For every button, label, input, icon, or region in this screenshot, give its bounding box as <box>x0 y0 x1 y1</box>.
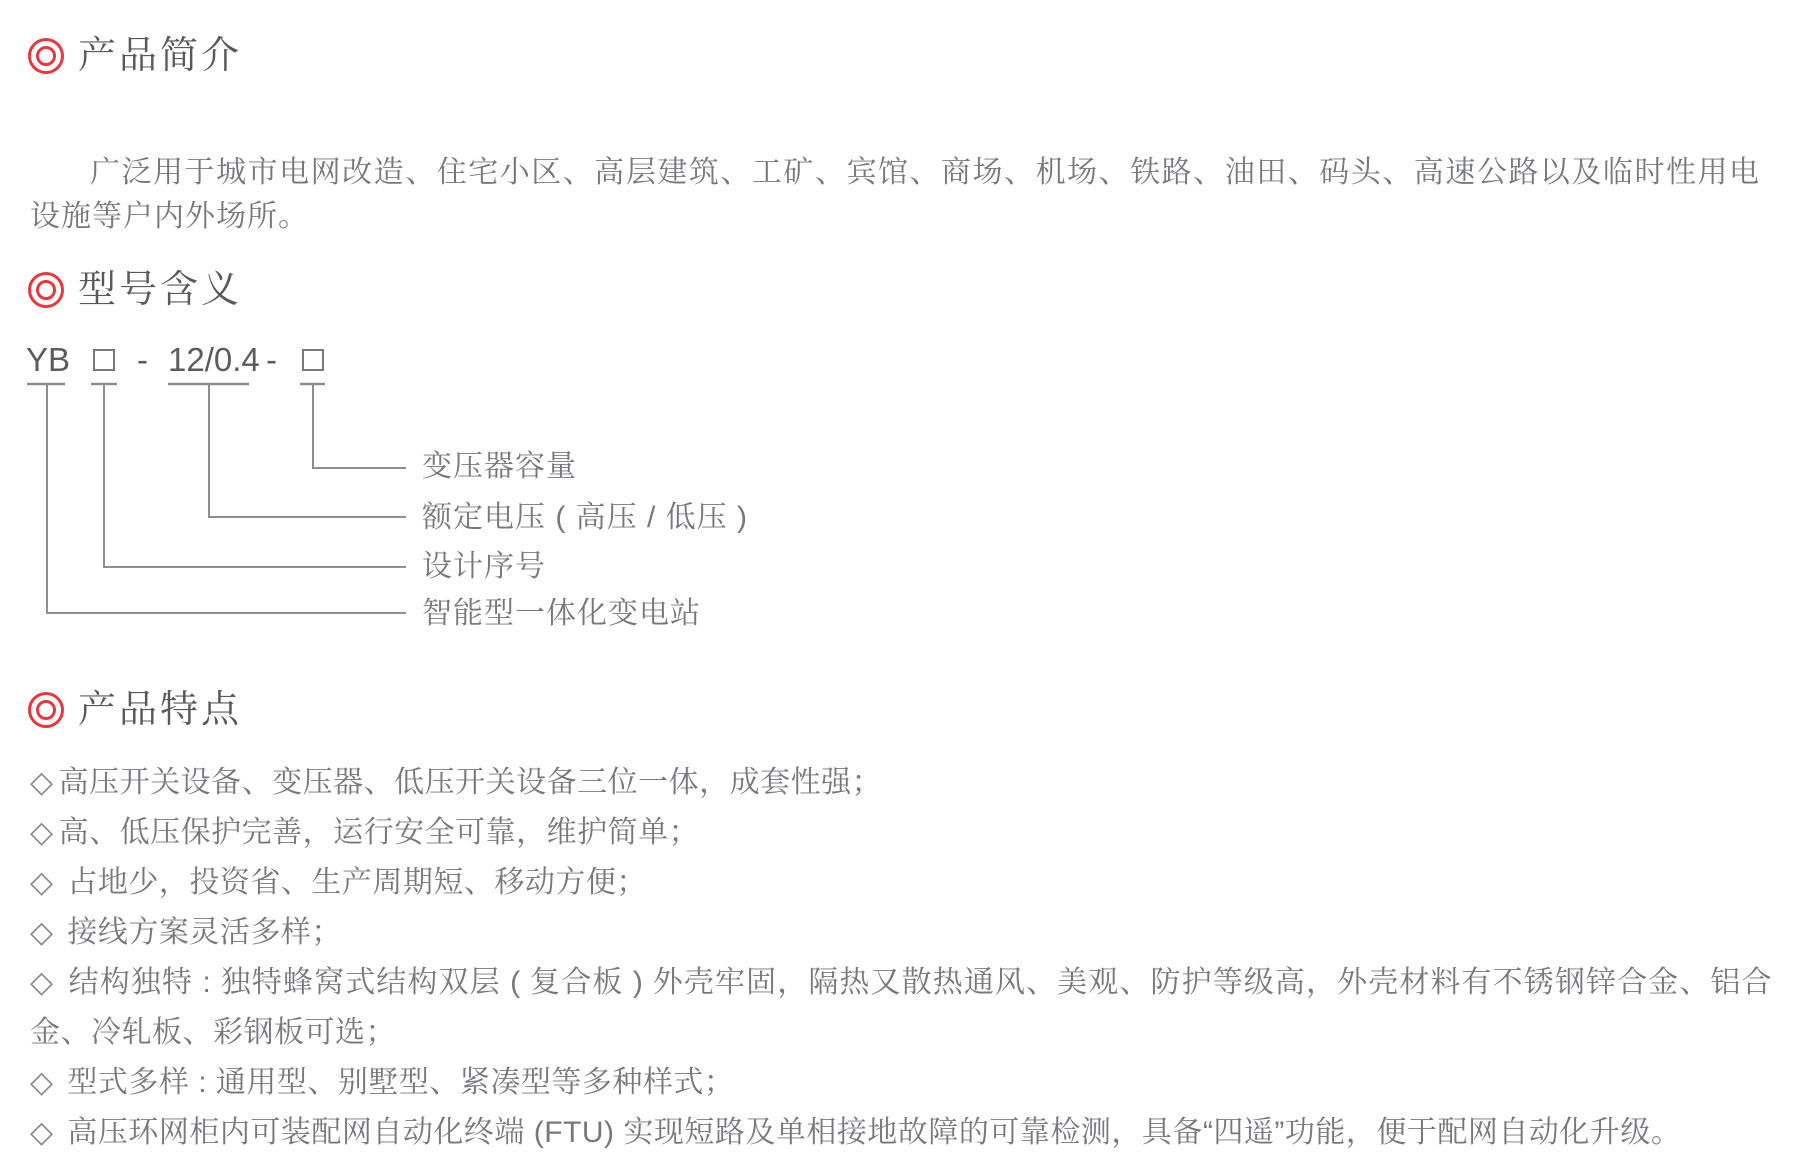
diamond-bullet-icon: ◇ <box>30 966 54 999</box>
feature-text: 高、低压保护完善，运行安全可靠，维护简单； <box>59 816 700 849</box>
diamond-bullet-icon: ◇ <box>30 766 54 799</box>
feature-item: ◇ 结构独特 : 独特蜂窝式结构双层 ( 复合板 ) 外壳牢固，隔热又散热通风、… <box>30 958 1772 1058</box>
diamond-bullet-icon: ◇ <box>30 916 54 949</box>
feature-item: ◇ 占地少，投资省、生产周期短、移动方便； <box>30 858 1772 908</box>
feature-text: 占地少，投资省、生产周期短、移动方便； <box>59 866 647 899</box>
feature-item: ◇ 型式多样 : 通用型、别墅型、紧凑型等多种样式； <box>30 1058 1772 1108</box>
feature-text: 结构独特 : 独特蜂窝式结构双层 ( 复合板 ) 外壳牢固，隔热又散热通风、美观… <box>30 966 1772 1049</box>
double-circle-icon <box>28 692 64 728</box>
diamond-bullet-icon: ◇ <box>30 1116 54 1149</box>
diamond-bullet-icon: ◇ <box>30 816 54 849</box>
diamond-bullet-icon: ◇ <box>30 866 54 899</box>
model-label-station: 智能型一体化变电站 <box>422 599 701 629</box>
model-label-design-no: 设计序号 <box>422 552 546 582</box>
features-list: ◇高压开关设备、变压器、低压开关设备三位一体，成套性强； ◇高、低压保护完善，运… <box>30 758 1772 1158</box>
feature-text: 型式多样 : 通用型、别墅型、紧凑型等多种样式； <box>59 1066 735 1099</box>
feature-item: ◇高、低压保护完善，运行安全可靠，维护简单； <box>30 808 1772 858</box>
features-section-title: 产品特点 <box>78 690 242 730</box>
feature-item: ◇ 接线方案灵活多样； <box>30 908 1772 958</box>
feature-item: ◇高压开关设备、变压器、低压开关设备三位一体，成套性强； <box>30 758 1772 808</box>
diamond-bullet-icon: ◇ <box>30 1066 54 1099</box>
model-diagram-lines <box>0 0 760 660</box>
features-section-heading: 产品特点 <box>28 690 242 730</box>
feature-text: 高压开关设备、变压器、低压开关设备三位一体，成套性强； <box>59 766 883 799</box>
feature-text: 接线方案灵活多样； <box>59 916 342 949</box>
feature-text: 高压环网柜内可装配网自动化终端 (FTU) 实现短路及单相接地故障的可靠检测，具… <box>59 1116 1682 1149</box>
model-label-voltage: 额定电压 ( 高压 / 低压 ) <box>422 503 748 533</box>
feature-item: ◇ 高压环网柜内可装配网自动化终端 (FTU) 实现短路及单相接地故障的可靠检测… <box>30 1108 1772 1158</box>
model-label-capacity: 变压器容量 <box>422 452 577 482</box>
